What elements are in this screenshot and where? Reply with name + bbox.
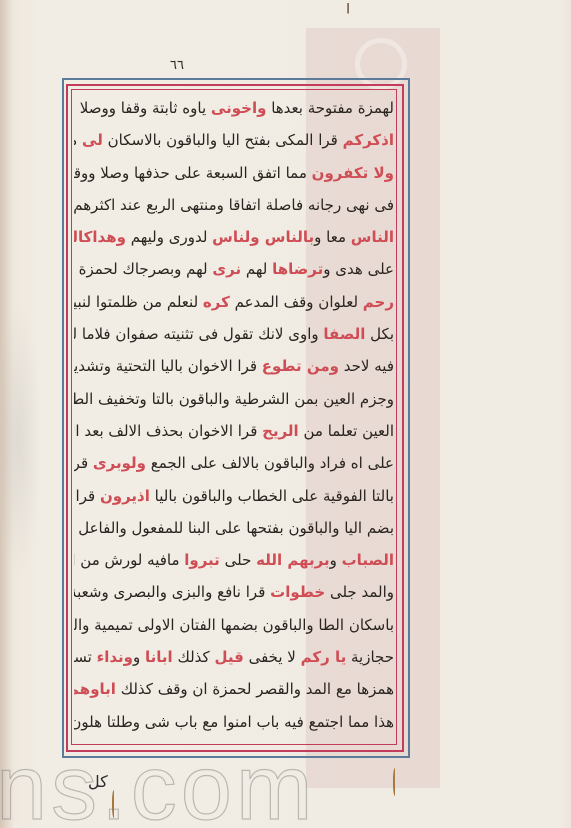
rubricated-word: ولوبرى (93, 454, 146, 472)
rubricated-word: ترضاها (272, 260, 323, 278)
rubricated-word: اباوهم لا يعقلون شيئا (74, 680, 116, 698)
text-run: على هدى و (323, 260, 394, 278)
margin-mark: ׀ (346, 0, 350, 16)
rubricated-word: بربهم الله (256, 551, 329, 569)
text-line: الصباب وبربهم الله حلى تبروا مافيه لورش … (74, 544, 394, 576)
rubricated-word: ولا تكفرون (312, 164, 394, 182)
text-line: على اه فراد والباقون بالالف على الجمع ول… (74, 447, 394, 479)
text-run: على اه فراد والباقون بالالف على الجمع (146, 454, 394, 472)
rubricated-word: ومن تطوع (262, 357, 339, 375)
rubricated-word: لى (82, 131, 103, 149)
text-run: وجزم العين بمن الشرطية والباقون بالتا وت… (74, 390, 394, 408)
text-run: قرا الشامى (74, 487, 100, 505)
text-run: حلى (220, 551, 256, 569)
rubricated-word: بالناس ولناس (212, 228, 314, 246)
rubricated-word: كره (203, 293, 230, 311)
text-run: تسهيل (74, 648, 97, 666)
watermark-text: ns.com (0, 742, 317, 828)
text-line: باسكان الطا والباقون بضمها الفتان الاولى… (74, 609, 394, 641)
text-run: همزها مع المد والقصر لحمزة ان وقف كذلك (116, 680, 394, 698)
rubricated-word: ابانا (145, 648, 173, 666)
text-line: على هدى وترضاها لهم نرى لهم وبصرجاك لحمز… (74, 253, 394, 285)
rubricated-word: نرى (212, 260, 241, 278)
text-run: بالتا الفوقية على الخطاب والباقون باليا (150, 487, 394, 505)
text-run: واوى لانك تقول فى تثنيته صفوان فلاما له (74, 325, 323, 343)
text-run: قرا الاخوان بحذف الالف بعد اليا (74, 422, 262, 440)
rubricated-word: الريح (262, 422, 299, 440)
text-run: لدورى وليهم (126, 228, 212, 246)
rubricated-word: قيل (214, 648, 243, 666)
text-line: بضم اليا والباقون بفتحها على البنا للمفع… (74, 512, 394, 544)
text-run: باسكان الطا والباقون بضمها الفتان الاولى… (74, 616, 394, 634)
rubricated-word: ونداء (97, 648, 133, 666)
text-run: كذلك (173, 648, 215, 666)
text-run: قرا الاخوان باليا التحتية وتشديد الطا (74, 357, 262, 375)
text-run: هذا مما اجتمع فيه باب امنوا مع باب شى وط… (74, 713, 394, 731)
text-run: ياوه ثابتة وقفا ووصلا للجميع (74, 99, 211, 117)
rubricated-word: الناس (351, 228, 394, 246)
text-run: والمد جلى (325, 583, 394, 601)
text-run: لهم وبصرجاك لحمزة وابن ذكوان (74, 260, 212, 278)
text-run: لا يخفى (244, 648, 301, 666)
rubricated-word: واخونى (211, 99, 267, 117)
text-run: العين تعلما من (299, 422, 394, 440)
rubricated-word: خطوات (270, 583, 325, 601)
text-run: فى نهى رجانه فاصلة اتفاقا ومنتهى الربع ع… (74, 196, 394, 214)
text-block: لهمزة مفتوحة بعدها واخونى ياوه ثابتة وقف… (74, 92, 394, 742)
text-run: فيه لاحد (339, 357, 394, 375)
folio-number: ٦٦ (170, 58, 184, 73)
rubricated-word: يا ركم (301, 648, 347, 666)
text-run: قرا نافع والشامى (74, 454, 93, 472)
text-run: مما اتفق على اسكانه (74, 131, 82, 149)
text-line: لهمزة مفتوحة بعدها واخونى ياوه ثابتة وقف… (74, 92, 394, 124)
text-run: قرا المكى بفتح اليا والباقون بالاسكان (103, 131, 343, 149)
rubricated-word: وهداكاله (74, 228, 126, 246)
text-run: معا و (314, 228, 351, 246)
rubricated-word: اذيرون (100, 487, 150, 505)
text-line: الناس معا وبالناس ولناس لدورى وليهم وهدا… (74, 221, 394, 253)
text-line: رحم لعلوان وقف المدعم كره لنعلم من ظلمتو… (74, 286, 394, 318)
text-run: قرا نافع والبزى والبصرى وشعبة وحمزة (74, 583, 270, 601)
text-line: وجزم العين بمن الشرطية والباقون بالتا وت… (74, 383, 394, 415)
margin-stroke (393, 768, 398, 796)
ink-bleed-through (2, 300, 42, 580)
text-line: ولا تكفرون مما اتفق السبعة على حذفها وصل… (74, 157, 394, 189)
text-line: همزها مع المد والقصر لحمزة ان وقف كذلك ا… (74, 673, 394, 705)
text-line: بكل الصفا واوى لانك تقول فى تثنيته صفوان… (74, 318, 394, 350)
text-run: و (330, 551, 342, 569)
rubricated-word: اذكركم (343, 131, 394, 149)
text-line: فى نهى رجانه فاصلة اتفاقا ومنتهى الربع ع… (74, 189, 394, 221)
rubricated-word: الصفا (323, 325, 365, 343)
text-run: و (133, 648, 145, 666)
text-line: فيه لاحد ومن تطوع قرا الاخوان باليا التح… (74, 350, 394, 382)
text-line: حجازية يا ركم لا يخفى قيل كذلك ابانا وون… (74, 641, 394, 673)
rubricated-word: تبروا (184, 551, 220, 569)
text-run: لنعلم من ظلمتوا لنبيك قبلة الكم (74, 293, 203, 311)
text-line: بالتا الفوقية على الخطاب والباقون باليا … (74, 480, 394, 512)
text-run: لهمزة مفتوحة بعدها (266, 99, 394, 117)
text-run: بضم اليا والباقون بفتحها على البنا للمفع… (74, 519, 394, 537)
text-run: لعلوان وقف المدعم (230, 293, 363, 311)
rubricated-word: رحم (363, 293, 394, 311)
text-line: العين تعلما من الريح قرا الاخوان بحذف ال… (74, 415, 394, 447)
text-run: بكل (365, 325, 394, 343)
text-line: هذا مما اجتمع فيه باب امنوا مع باب شى وط… (74, 706, 394, 738)
rubricated-word: الصباب (342, 551, 394, 569)
text-line: اذكركم قرا المكى بفتح اليا والباقون بالا… (74, 124, 394, 156)
text-run: مما اتفق السبعة على حذفها وصلا ووقفا (74, 164, 312, 182)
text-run: حجازية (346, 648, 394, 666)
text-run: لهم (241, 260, 272, 278)
text-line: والمد جلى خطوات قرا نافع والبزى والبصرى … (74, 576, 394, 608)
text-run: مافيه لورش من القصر والتوسط (74, 551, 184, 569)
